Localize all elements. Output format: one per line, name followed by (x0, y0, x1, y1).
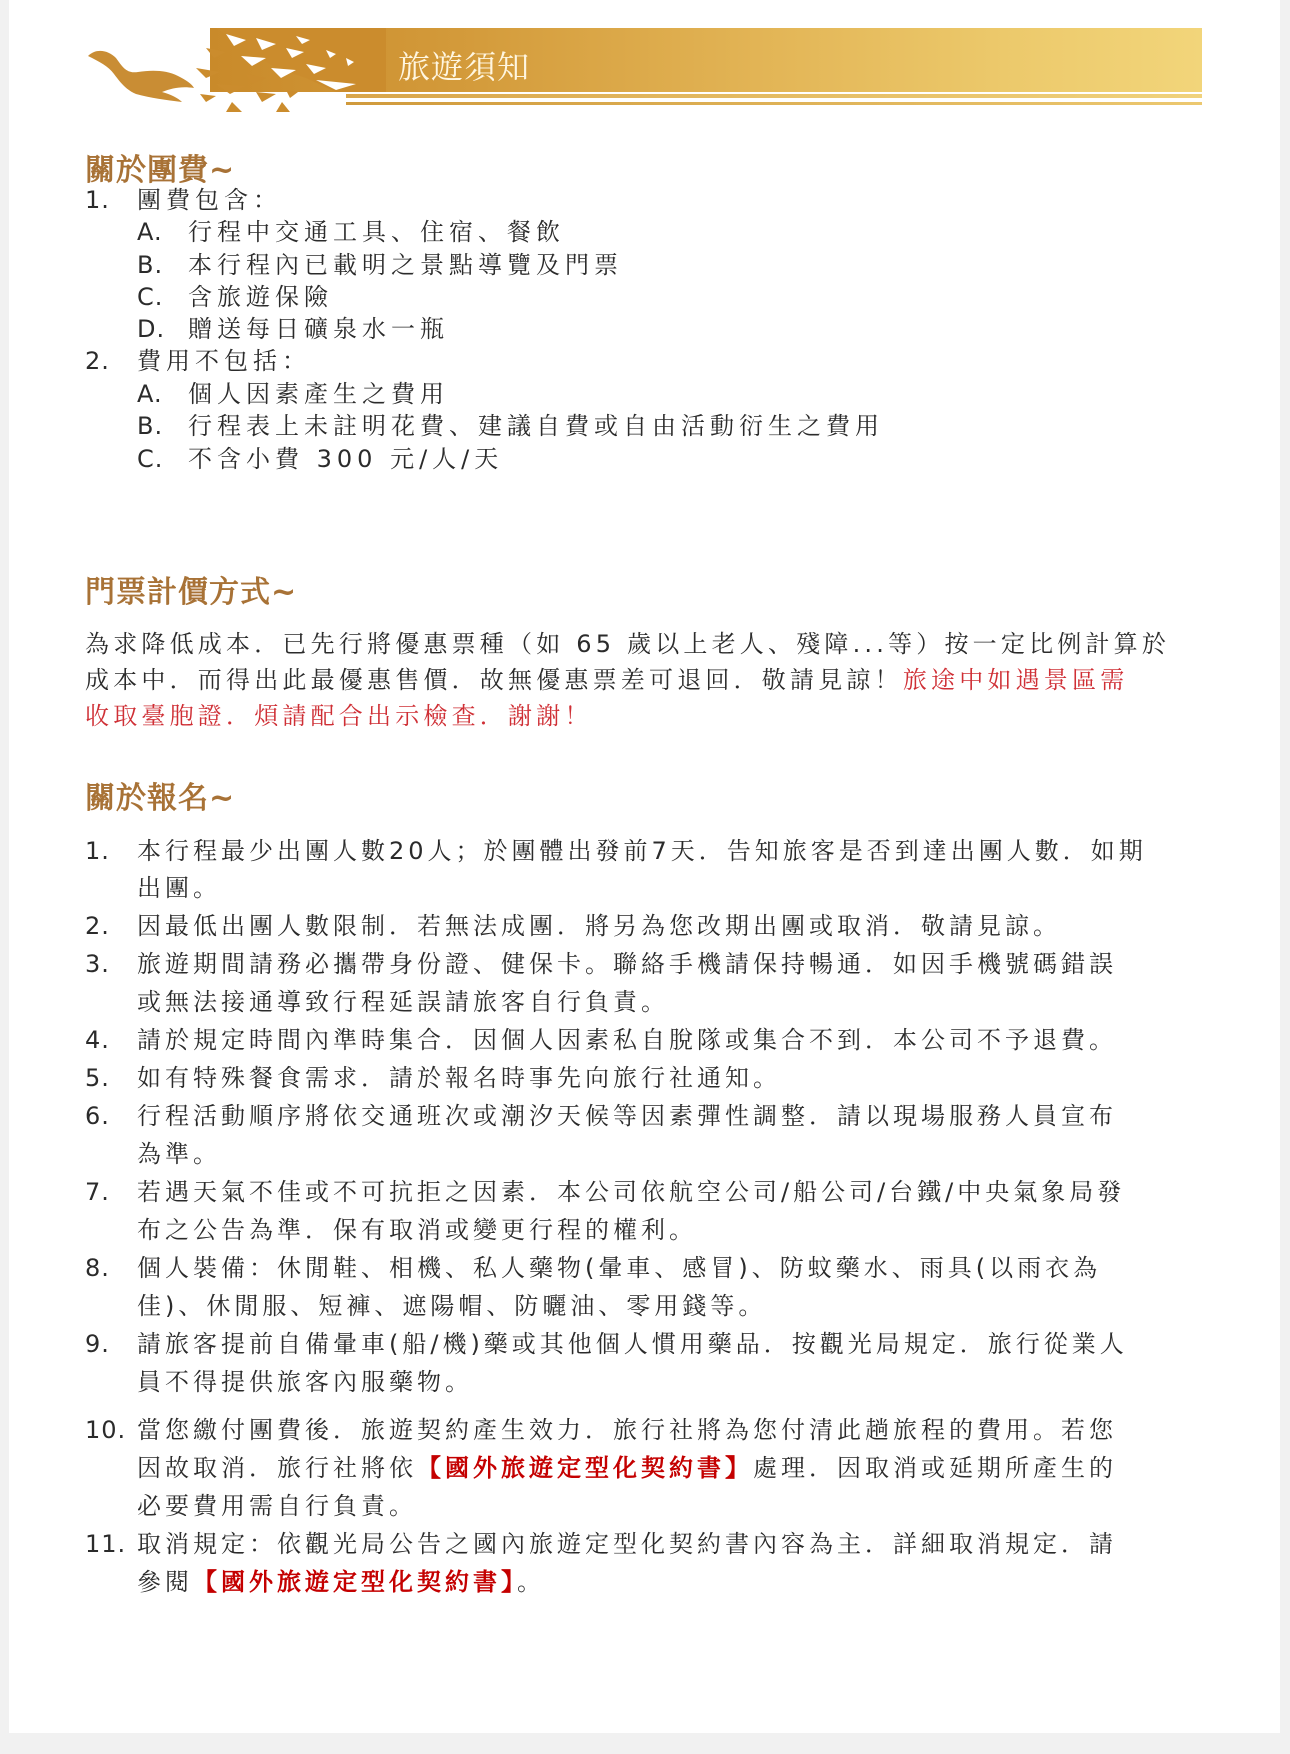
contract-link[interactable]: 【國外旅遊定型化契約書】 (417, 1454, 753, 1482)
list-number: 10. (85, 1412, 126, 1448)
list-item-label: 團費包含： (137, 182, 282, 218)
list-number: 1. (85, 182, 110, 218)
sub-letter: B. (137, 247, 163, 283)
section-heading-tickets: 門票計價方式~ (85, 567, 297, 611)
sub-item-text: 不含小費 300 元/人/天 (188, 441, 503, 477)
list-item-text: 請旅客提前自備暈車(船/機)藥或其他個人慣用藥品．按觀光局規定．旅行從業人 (137, 1326, 1128, 1362)
list-item-text: 因故取消．旅行社將依【國外旅遊定型化契約書】處理．因取消或延期所產生的 (137, 1450, 1117, 1486)
list-item-text: 取消規定：依觀光局公告之國內旅遊定型化契約書內容為主．詳細取消規定．請 (137, 1526, 1117, 1562)
list-item-text: 參閱【國外旅遊定型化契約書】。 (137, 1564, 545, 1600)
list-number: 1. (85, 833, 110, 869)
sub-letter: C. (137, 279, 163, 315)
banner-stripe (346, 102, 1202, 105)
list-item-text: 佳)、休閒服、短褲、遮陽帽、防曬油、零用錢等。 (137, 1288, 766, 1324)
tickets-text-line: 成本中．而得出此最優惠售價．故無優惠票差可退回．敬請見諒！旅途中如遇景區需 (85, 662, 1128, 698)
tickets-notice-red: 收取臺胞證．煩請配合出示檢查．謝謝！ (85, 698, 593, 734)
list-number: 11. (85, 1526, 126, 1562)
sub-letter: C. (137, 441, 163, 477)
list-item-text: 出團。 (137, 870, 221, 906)
sub-letter: A. (137, 376, 163, 412)
tickets-notice-red: 旅途中如遇景區需 (903, 666, 1129, 694)
list-number: 4. (85, 1022, 110, 1058)
sub-item-text: 本行程內已載明之景點導覽及門票 (188, 247, 623, 283)
list-item-label: 費用不包括： (137, 343, 311, 379)
list-number: 9. (85, 1326, 110, 1362)
bird-logo-icon (86, 36, 196, 106)
banner-stripe (346, 94, 1202, 98)
contract-link[interactable]: 【國外旅遊定型化契約書】 (193, 1568, 517, 1596)
sub-letter: B. (137, 408, 163, 444)
text-fragment: 因故取消．旅行社將依 (137, 1454, 417, 1482)
banner-title: 旅遊須知 (398, 42, 530, 88)
sub-item-text: 行程中交通工具、住宿、餐飲 (188, 214, 565, 250)
list-number: 2. (85, 908, 110, 944)
tickets-text-line: 為求降低成本．已先行將優惠票種（如 65 歲以上老人、殘障...等）按一定比例計… (85, 626, 1170, 662)
list-item-text: 行程活動順序將依交通班次或潮汐天候等因素彈性調整．請以現場服務人員宣布 (137, 1098, 1117, 1134)
list-item-text: 或無法接通導致行程延誤請旅客自行負責。 (137, 984, 669, 1020)
tickets-text: 成本中．而得出此最優惠售價．故無優惠票差可退回．敬請見諒！ (85, 666, 903, 694)
text-fragment: 。 (517, 1568, 545, 1596)
list-number: 8. (85, 1250, 110, 1286)
list-item-text: 個人裝備：休閒鞋、相機、私人藥物(暈車、感冒)、防蚊藥水、雨具(以雨衣為 (137, 1250, 1101, 1286)
list-item-text: 布之公告為準．保有取消或變更行程的權利。 (137, 1212, 697, 1248)
text-fragment: 參閱 (137, 1568, 193, 1596)
list-item-text: 本行程最少出團人數20人；於團體出發前7天．告知旅客是否到達出團人數．如期 (137, 833, 1147, 869)
list-item-text: 員不得提供旅客內服藥物。 (137, 1364, 473, 1400)
sub-item-text: 行程表上未註明花費、建議自費或自由活動衍生之費用 (188, 408, 884, 444)
list-item-text: 旅遊期間請務必攜帶身份證、健保卡。聯絡手機請保持暢通．如因手機號碼錯誤 (137, 946, 1117, 982)
list-item-text: 當您繳付團費後．旅遊契約產生效力．旅行社將為您付清此趟旅程的費用。若您 (137, 1412, 1117, 1448)
sub-item-text: 含旅遊保險 (188, 279, 333, 315)
list-number: 2. (85, 343, 110, 379)
list-item-text: 如有特殊餐食需求．請於報名時事先向旅行社通知。 (137, 1060, 781, 1096)
list-number: 7. (85, 1174, 110, 1210)
list-item-text: 請於規定時間內準時集合．因個人因素私自脫隊或集合不到．本公司不予退費。 (137, 1022, 1117, 1058)
sub-item-text: 個人因素產生之費用 (188, 376, 449, 412)
section-heading-signup: 關於報名~ (85, 773, 235, 817)
travel-notice-banner: 旅遊須知 (86, 28, 1202, 112)
shatter-decoration-icon (186, 28, 386, 112)
list-item-text: 必要費用需自行負責。 (137, 1488, 417, 1524)
text-fragment: 處理．因取消或延期所產生的 (753, 1454, 1117, 1482)
list-number: 3. (85, 946, 110, 982)
list-item-text: 若遇天氣不佳或不可抗拒之因素．本公司依航空公司/船公司/台鐵/中央氣象局發 (137, 1174, 1125, 1210)
sub-letter: A. (137, 214, 163, 250)
list-item-text: 因最低出團人數限制．若無法成團．將另為您改期出團或取消．敬請見諒。 (137, 908, 1061, 944)
list-number: 5. (85, 1060, 110, 1096)
list-number: 6. (85, 1098, 110, 1134)
sub-item-text: 贈送每日礦泉水一瓶 (188, 311, 449, 347)
list-item-text: 為準。 (137, 1136, 221, 1172)
sub-letter: D. (137, 311, 165, 347)
